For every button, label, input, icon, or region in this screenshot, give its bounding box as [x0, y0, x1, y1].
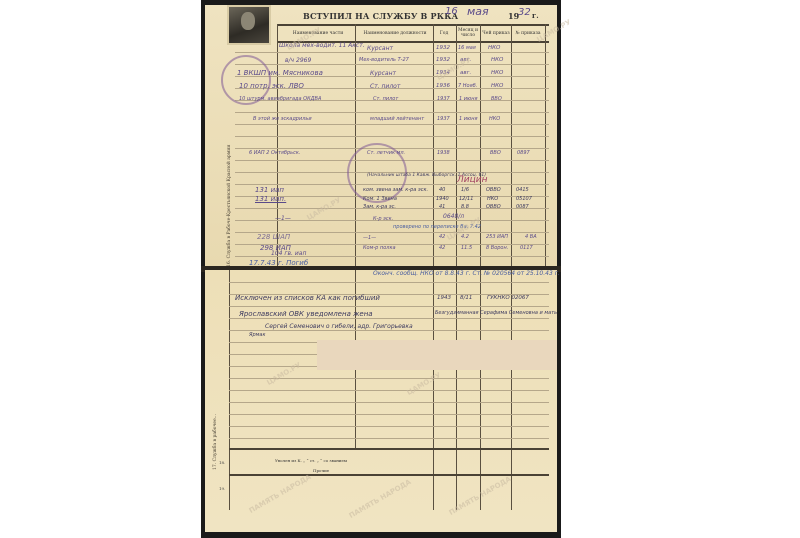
row-year: 1937: [437, 116, 450, 122]
row-order-no: 0415: [516, 187, 529, 193]
excluded-date: 8/11: [460, 295, 472, 301]
signature: Лицин: [457, 175, 487, 185]
row-date: 1/6: [461, 187, 469, 193]
row-date: 1 июня: [459, 96, 478, 102]
grid-line: [229, 390, 549, 391]
watermark: ПАМЯТЬ НАРОДА: [248, 473, 313, 515]
excluded-year: 1943: [437, 295, 451, 301]
row-order: НКО: [491, 57, 503, 63]
row-order: НКО: [489, 116, 500, 122]
row-unit: 228 ШАП: [257, 233, 290, 241]
grid-line: [235, 136, 549, 137]
notification-line-3: Ярмак: [249, 332, 266, 338]
row-year: 40: [439, 187, 445, 193]
row-order: НКО: [487, 196, 498, 202]
excluded-order: ГУКНКО 02067: [487, 295, 529, 301]
row-year: 1937: [437, 96, 450, 102]
page-title: ВСТУПИЛ НА СЛУЖБУ В РККА: [303, 11, 458, 21]
row-position: —1—: [363, 235, 376, 241]
grid-line: [229, 474, 549, 476]
row-year: 1938: [437, 150, 450, 156]
grid-line: [277, 24, 278, 267]
row-position: Ст. летчик мл.: [367, 150, 405, 156]
row-order-no: 0897: [517, 150, 530, 156]
row-date: 4.2: [461, 234, 469, 240]
row-year: 42: [439, 234, 445, 240]
grid-line: [433, 24, 434, 267]
row-year: 42: [439, 245, 445, 251]
excluded-line: Исключен из списков КА как погибший: [235, 294, 380, 302]
header-year: 32: [518, 7, 531, 18]
grid-line: [235, 112, 549, 113]
row-position: Ком-р полка: [363, 245, 396, 251]
row-order-no: 4 ВА: [525, 234, 537, 240]
row-year: 41: [439, 204, 445, 210]
notification-line: Ярославский ОВК уведомлена жена: [239, 310, 373, 318]
grid-line: [545, 24, 546, 267]
grid-line: [511, 24, 512, 267]
row-position: Зам. к-ра эс.: [363, 204, 396, 210]
row-position: младший лейтенант: [370, 116, 424, 122]
document-page-bottom: 17. Служба в рабочее... Оконч. сообщ. НК…: [205, 270, 557, 532]
row-unit: в/ч 2969: [285, 57, 311, 64]
row-unit: В этой же эскадрильи: [253, 116, 312, 122]
row-position: К-р эск.: [373, 216, 393, 222]
discharge-sub-label: Прочие: [313, 468, 329, 473]
document-scan: ВСТУПИЛ НА СЛУЖБУ В РККА 16 мая 19 32 г.…: [201, 0, 561, 538]
row-unit: 131 иап.: [255, 195, 286, 203]
row-year: 1932: [436, 57, 450, 63]
header-year-suffix: г.: [532, 11, 539, 20]
row-date: 7 Нояб.: [458, 83, 477, 89]
grid-line: [229, 448, 549, 450]
grid-line: [229, 282, 549, 283]
grid-line: [229, 426, 549, 427]
row-position: Ком. 1 Звена: [363, 196, 397, 202]
watermark: ЦАМО.РУ: [306, 196, 343, 222]
row-order: 8 Ворон.: [486, 245, 508, 251]
row-order: ВВО: [490, 150, 501, 156]
watermark: ЦАМО.РУ: [266, 361, 303, 387]
row-position: Мех-водитель Т-27: [359, 57, 409, 63]
column-header-position: Наименование должности: [357, 25, 433, 41]
column-header-year: Год: [433, 25, 455, 41]
row-position: Курсант: [367, 45, 393, 52]
row-unit: 10 штурм. авиабригада ОКДВА: [239, 96, 321, 102]
row-order: ОВВО: [486, 187, 501, 193]
row-date: 8.8: [461, 204, 469, 210]
row-order: ВВО: [491, 96, 502, 102]
grid-line: [229, 402, 549, 403]
row-unit: 6 ИАП 2 Октябрьск.: [249, 150, 301, 156]
row-order: НКО: [491, 83, 503, 89]
grid-line: [235, 52, 549, 53]
side-label-service-bottom: 17. Служба в рабочее...: [213, 414, 218, 470]
row-date: 12/11: [459, 196, 473, 202]
row-number-19: 19.: [219, 486, 225, 491]
header-month: мая: [467, 5, 489, 18]
header-day: 16: [445, 6, 458, 17]
row-order-no: 0648/л: [443, 213, 464, 220]
death-notice-line: Оконч. сообщ. НКО от 8.8.43 г. Ст. № 020…: [373, 270, 560, 277]
row-date: 1 июня: [459, 116, 478, 122]
row-position: Ст. пилот: [373, 96, 398, 102]
row-position: Курсант: [370, 70, 396, 77]
notification-extra: Безгудзиманная Серафима Семеновна и мать: [435, 310, 557, 316]
row-unit: 10 потр. эск. ЛВО: [239, 82, 304, 90]
discharge-label: Уволен из К. „ “ ст. „ “ со званием: [275, 458, 347, 463]
grid-line: [229, 438, 549, 439]
grid-line: [235, 124, 549, 125]
watermark: ПАМЯТЬ НАРОДА: [348, 478, 413, 520]
row-number-18: 18.: [219, 460, 225, 465]
row-unit: 104 гв. иап: [271, 250, 306, 257]
row-order: НКО: [488, 45, 500, 51]
row-order: ОВВО: [486, 204, 501, 210]
grid-line: [229, 414, 549, 415]
row-date: авг.: [460, 70, 471, 76]
row-position: ком. звена зам. к-ра эск.: [363, 187, 428, 193]
row-order: 253 ИАП: [486, 234, 508, 240]
row-year: 1932: [436, 45, 450, 51]
row-unit: —1—: [275, 215, 291, 222]
column-header-date: Месяц и число: [456, 25, 480, 41]
row-order: НКО: [491, 70, 503, 76]
grid-line: [229, 318, 549, 319]
grid-line: [355, 24, 356, 267]
notification-line-2: Сергей Семенович о гибели, адр. Григорье…: [265, 323, 413, 330]
grid-line: [229, 306, 549, 307]
row-order-no: 05107: [516, 196, 532, 202]
personnel-photo: [227, 5, 271, 45]
side-label-service: 16. Служба в Рабоче-Крестьянской Красной…: [227, 145, 232, 267]
row-unit: 131 иап: [255, 186, 284, 194]
row-order-no: 0117: [520, 245, 533, 251]
row-date: 16 мая: [458, 45, 476, 51]
row-year: 1936: [436, 83, 450, 89]
grid-line: [480, 24, 481, 267]
redacted-area: [317, 340, 557, 370]
document-page-top: ВСТУПИЛ НА СЛУЖБУ В РККА 16 мая 19 32 г.…: [205, 5, 557, 267]
photo-face: [241, 12, 255, 30]
row-order-no: 0087: [516, 204, 529, 210]
row-date: 11.5: [461, 245, 472, 251]
grid-line: [229, 330, 549, 331]
row-year: 1940: [436, 196, 449, 202]
column-header-order: Чей приказ: [481, 25, 511, 41]
row-position: Ст. пилот: [370, 83, 400, 90]
grid-line: [235, 64, 549, 65]
watermark: ЦАМО.РУ: [406, 371, 443, 397]
row-unit: 1 ВКШП им. Мясникова: [237, 69, 323, 77]
header-title-text: ВСТУПИЛ НА СЛУЖБУ В РККА: [303, 11, 458, 21]
